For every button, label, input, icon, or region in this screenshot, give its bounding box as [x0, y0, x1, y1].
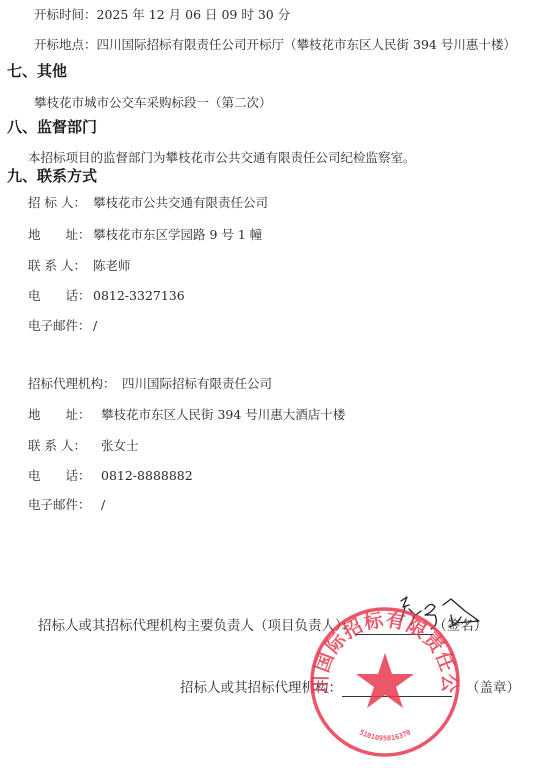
section-contact-heading: 九、联系方式 [7, 167, 97, 185]
agency-contact-value: 张女士 [101, 438, 139, 454]
tenderer-contact-value: 陈老师 [93, 258, 131, 274]
seal-label: 招标人或其招标代理机构： [180, 680, 342, 696]
agency-name-value: 四川国际招标有限责任公司 [122, 376, 272, 392]
responsible-signature-blank [355, 616, 433, 635]
section-supervision-text: 本招标项目的监督部门为攀枝花市公共交通有限责任公司纪检监察室。 [28, 150, 416, 166]
responsible-signature-line: 招标人或其招标代理机构主要负责人（项目负责人）： （签名） [38, 616, 487, 635]
tenderer-email-label: 电子邮件： [28, 318, 91, 334]
agency-phone-label: 电 话： [28, 468, 91, 484]
agency-address-value: 攀枝花市东区人民街 394 号川惠大酒店十楼 [101, 407, 345, 423]
bid-opening-place-value: 四川国际招标有限责任公司开标厅（攀枝花市东区人民街 394 号川惠十楼） [97, 37, 516, 52]
section-other-heading: 七、其他 [7, 62, 67, 80]
tenderer-name-label: 招 标 人： [28, 195, 86, 211]
agency-email-value: / [101, 497, 105, 513]
agency-contact-label: 联 系 人： [28, 438, 86, 454]
tenderer-contact-label: 联 系 人： [28, 258, 86, 274]
seal-suffix: （盖章） [466, 680, 520, 696]
section-supervision-heading: 八、监督部门 [7, 118, 97, 136]
tenderer-address-label: 地 址： [28, 227, 91, 243]
bid-opening-time: 开标时间：2025 年 12 月 06 日 09 时 30 分 [34, 7, 290, 23]
seal-blank [342, 678, 452, 697]
bid-opening-place: 开标地点：四川国际招标有限责任公司开标厅（攀枝花市东区人民街 394 号川惠十楼… [34, 37, 516, 53]
agency-email-label: 电子邮件： [28, 497, 91, 513]
tenderer-phone-value: 0812-3327136 [93, 288, 185, 304]
bid-opening-time-value: 2025 年 12 月 06 日 09 时 30 分 [97, 7, 291, 22]
agency-name-label: 招标代理机构： [28, 376, 116, 392]
bid-opening-time-label: 开标时间： [34, 7, 97, 22]
seal-line: 招标人或其招标代理机构： （盖章） [180, 678, 520, 697]
agency-address-label: 地 址： [28, 407, 91, 423]
seal-number-text: 5101095016370 [358, 728, 412, 742]
responsible-signature-suffix: （签名） [433, 618, 487, 634]
bid-opening-place-label: 开标地点： [34, 37, 97, 52]
responsible-signature-label: 招标人或其招标代理机构主要负责人（项目负责人）： [38, 618, 355, 634]
svg-text:5101095016370: 5101095016370 [358, 728, 412, 742]
tenderer-address-value: 攀枝花市东区学园路 9 号 1 幢 [93, 227, 262, 243]
tenderer-name-value: 攀枝花市公共交通有限责任公司 [93, 195, 268, 211]
tenderer-email-value: / [93, 318, 97, 334]
agency-phone-value: 0812-8888882 [101, 468, 193, 484]
section-other-text: 攀枝花市城市公交车采购标段一（第二次） [34, 95, 272, 111]
tenderer-phone-label: 电 话： [28, 288, 91, 304]
